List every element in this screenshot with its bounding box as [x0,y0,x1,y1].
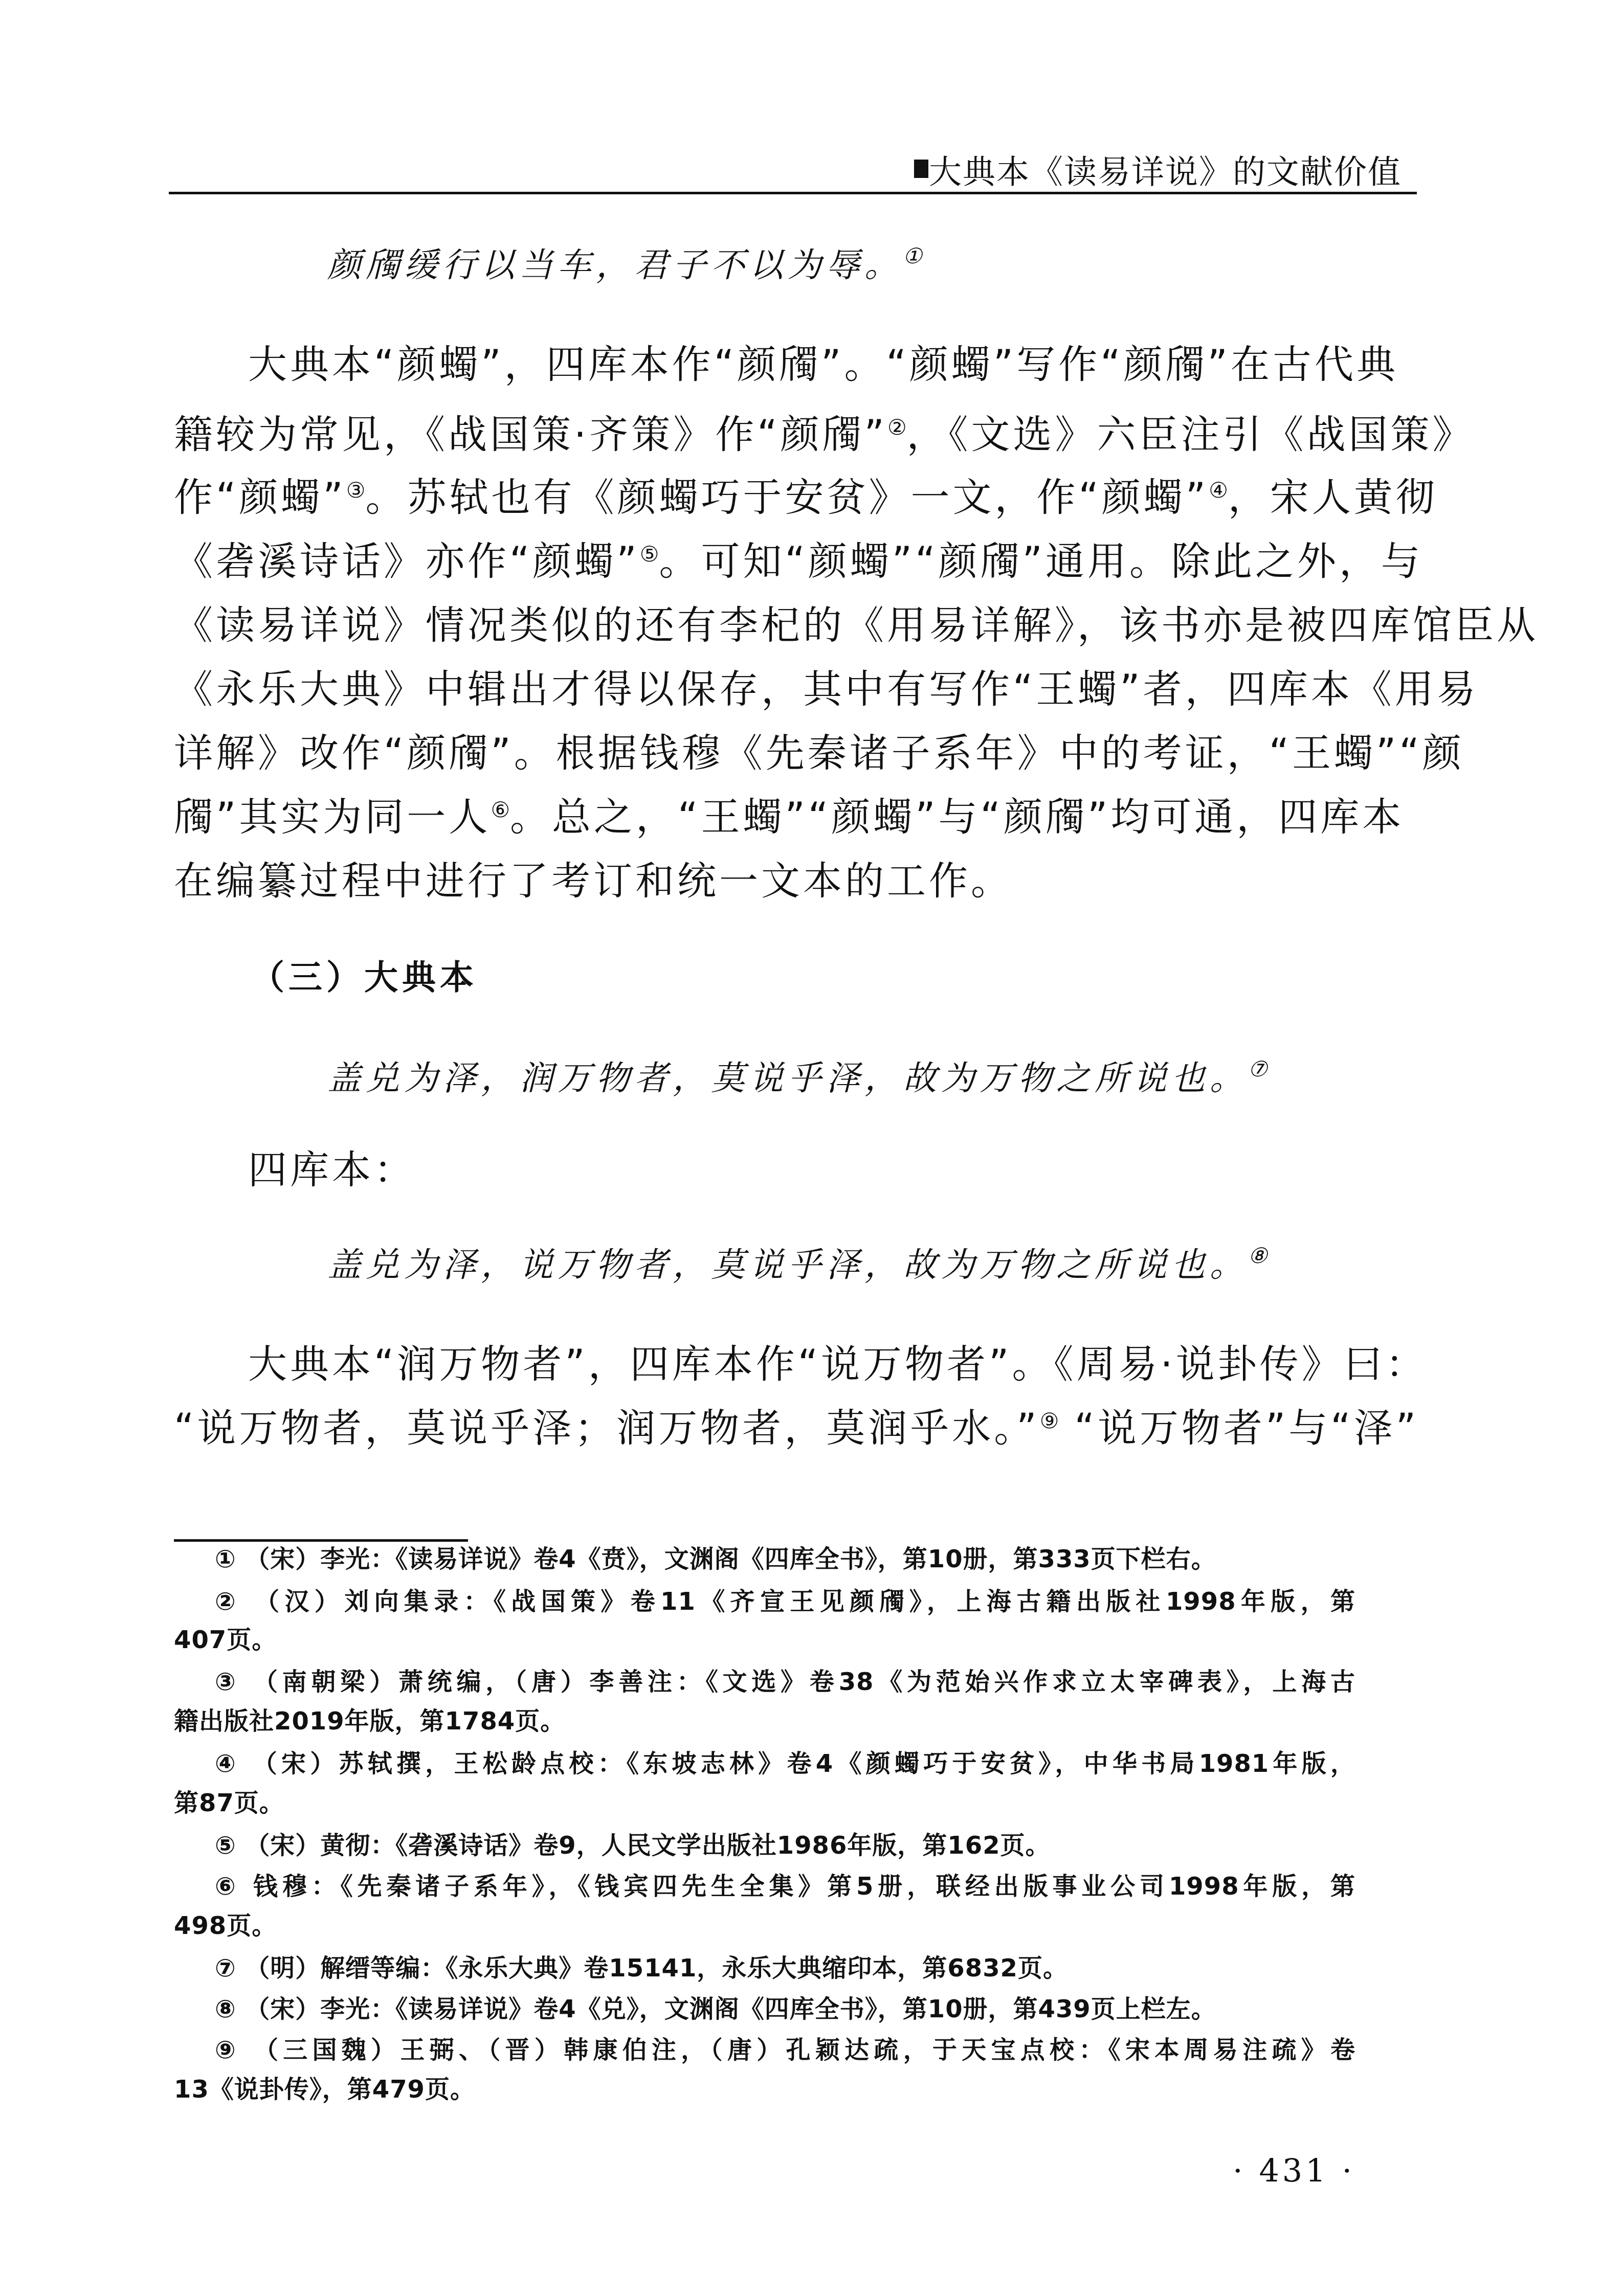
footnote-text: （三国魏）王弼、（晋）韩康伯注，（唐）孔颖达疏，于天宝点校：《宋本周易注疏》卷 [254,2036,1355,2064]
footnote-ref: ⑤ [640,542,659,567]
section-heading: （三）大典本 [251,960,478,994]
quote-text: 盖兑为泽，润万物者，莫说乎泽，故为万物之所说也。 [327,1059,1248,1098]
header-divider [169,192,1417,194]
text-run: “说万物者”与“泽” [1075,1405,1419,1451]
footnote-continuation: 第87页。 [174,1791,284,1815]
paragraph-line: 大典本“颜蠋”，四库本作“颜斶”。“颜蠋”写作“颜斶”在古代典 [248,345,1378,384]
footnote-item: ① （宋）李光：《读易详说》卷4《贲》，文渊阁《四库全书》，第10册，第333页… [215,1547,1216,1571]
text-run: 作“颜蠋” [174,475,346,520]
footnote-text: （汉）刘向集录：《战国策》卷11《齐宣王见颜斶》，上海古籍出版社1998年版，第 [255,1587,1355,1616]
footnote-ref: ③ [346,478,366,503]
footnote-mark: ⑧ [215,1995,236,2023]
footnote-mark: ⑨ [215,2036,240,2064]
footnote-text: （南朝梁）萧统编，（唐）李善注：《文选》卷38《为范始兴作求立太宰碑表》，上海古 [253,1668,1355,1696]
page-number: · 431 · [1233,2152,1355,2189]
footnote-mark: ③ [215,1668,240,1696]
text-run: 籍较为常见，《战国策·齐策》作“颜斶” [174,412,887,457]
footnote-item: ⑨ （三国魏）王弼、（晋）韩康伯注，（唐）孔颖达疏，于天宝点校：《宋本周易注疏》… [215,2038,1355,2062]
footnote-divider [174,1539,468,1542]
text-run: 《砻溪诗话》亦作“颜蠋” [174,538,640,584]
footnote-ref: ④ [1209,478,1228,503]
footnote-item: ③ （南朝梁）萧统编，（唐）李善注：《文选》卷38《为范始兴作求立太宰碑表》，上… [215,1670,1355,1694]
paragraph-line: 《读易详说》情况类似的还有李杞的《用易详解》，该书亦是被四库馆臣从 [174,606,1378,645]
footnote-continuation: 407页。 [174,1628,277,1652]
footnote-continuation: 498页。 [174,1914,277,1938]
footnote-ref: ⑨ [1040,1408,1059,1433]
footnote-ref: ② [887,415,907,440]
block-quote: 颜斶缓行以当车，君子不以为辱。① [327,245,922,282]
block-quote: 盖兑为泽，说万物者，莫说乎泽，故为万物之所说也。⑧ [327,1245,1267,1282]
paragraph-line: 作“颜蠋”③。苏轼也有《颜蠋巧于安贫》一文，作“颜蠋”④，宋人黄彻 [174,478,1438,517]
paragraph-line: 《永乐大典》中辑出才得以保存，其中有写作“王蠋”者，四库本《用易 [174,670,1378,709]
text-run: 斶”其实为同一人 [174,794,491,840]
footnote-ref: ⑥ [491,797,510,822]
block-quote: 盖兑为泽，润万物者，莫说乎泽，故为万物之所说也。⑦ [327,1059,1267,1095]
footnote-continuation: 13《说卦传》，第479页。 [174,2077,475,2102]
footnote-text: （明）解缙等编：《永乐大典》卷15141，永乐大典缩印本，第6832页。 [245,1954,1068,1983]
siku-label: 四库本： [248,1151,416,1189]
paragraph-line: 详解》改作“颜斶”。根据钱穆《先秦诸子系年》中的考证，“王蠋”“颜 [174,734,1378,773]
paragraph-line: 籍较为常见，《战国策·齐策》作“颜斶”②，《文选》六臣注引《战国策》 [174,415,1475,454]
footnote-item: ② （汉）刘向集录：《战国策》卷11《齐宣王见颜斶》，上海古籍出版社1998年版… [215,1589,1355,1614]
footnote-mark: ⑤ [215,1831,236,1860]
paragraph-line: “说万物者，莫说乎泽；润万物者，莫润乎水。”⑨ “说万物者”与“泽” [174,1409,1419,1448]
footnote-mark: ④ [215,1749,240,1778]
footnote-mark: ② [215,1587,241,1616]
footnote-text: （宋）李光：《读易详说》卷4《贲》，文渊阁《四库全书》，第10册，第333页下栏… [245,1545,1216,1573]
quote-text: 盖兑为泽，说万物者，莫说乎泽，故为万物之所说也。 [327,1245,1248,1285]
text-run: “说万物者，莫说乎泽；润万物者，莫润乎水。” [174,1405,1040,1451]
footnote-text: 钱穆：《先秦诸子系年》，《钱宾四先生全集》第5册，联经出版事业公司1998年版，… [253,1872,1355,1901]
paragraph-line: 大典本“润万物者”，四库本作“说万物者”。《周易·说卦传》曰： [248,1345,1378,1384]
footnote-item: ⑧ （宋）李光：《读易详说》卷4《兑》，文渊阁《四库全书》，第10册，第439页… [215,1997,1216,2021]
paragraph-line: 《砻溪诗话》亦作“颜蠋”⑤。可知“颜蠋”“颜斶”通用。除此之外，与 [174,542,1423,581]
text-run: 。可知“颜蠋”“颜斶”通用。除此之外，与 [659,538,1423,584]
running-header-title: 大典本《读易详说》的文献价值 [929,146,1401,193]
text-run: 。苏轼也有《颜蠋巧于安贫》一文，作“颜蠋” [365,475,1209,520]
paragraph-line: 在编纂过程中进行了考订和统一文本的工作。 [174,862,1013,901]
footnote-item: ④ （宋）苏轼撰，王松龄点校：《东坡志林》卷4《颜蠋巧于安贫》，中华书局1981… [215,1751,1355,1776]
footnote-item: ⑤ （宋）黄彻：《砻溪诗话》卷9，人民文学出版社1986年版，第162页。 [215,1833,1051,1858]
text-run: ，宋人黄彻 [1228,475,1438,520]
footnote-text: （宋）黄彻：《砻溪诗话》卷9，人民文学出版社1986年版，第162页。 [245,1831,1050,1860]
footnote-mark: ① [215,1545,236,1573]
footnote-text: （宋）李光：《读易详说》卷4《兑》，文渊阁《四库全书》，第10册，第439页上栏… [245,1995,1216,2023]
text-run: ，《文选》六臣注引《战国策》 [907,412,1475,457]
quote-text: 颜斶缓行以当车，君子不以为辱。 [327,245,903,285]
footnote-item: ⑥ 钱穆：《先秦诸子系年》，《钱宾四先生全集》第5册，联经出版事业公司1998年… [215,1874,1355,1899]
footnote-mark: ⑦ [215,1954,236,1983]
footnote-ref: ⑧ [1248,1243,1267,1268]
footnote-mark: ⑥ [215,1872,240,1901]
text-run: 。总之，“王蠋”“颜蠋”与“颜斶”均可通，四库本 [510,794,1404,840]
footnote-ref: ⑦ [1248,1056,1267,1082]
footnote-continuation: 籍出版社2019年版，第1784页。 [174,1709,565,1734]
footnote-ref: ① [903,243,922,268]
running-header: 大典本《读易详说》的文献价值 [169,123,1417,194]
footnote-item: ⑦ （明）解缙等编：《永乐大典》卷15141，永乐大典缩印本，第6832页。 [215,1956,1068,1980]
square-bullet-icon [914,160,928,178]
paragraph-line: 斶”其实为同一人⑥。总之，“王蠋”“颜蠋”与“颜斶”均可通，四库本 [174,798,1404,837]
footnote-text: （宋）苏轼撰，王松龄点校：《东坡志林》卷4《颜蠋巧于安贫》，中华书局1981年版… [253,1749,1355,1778]
